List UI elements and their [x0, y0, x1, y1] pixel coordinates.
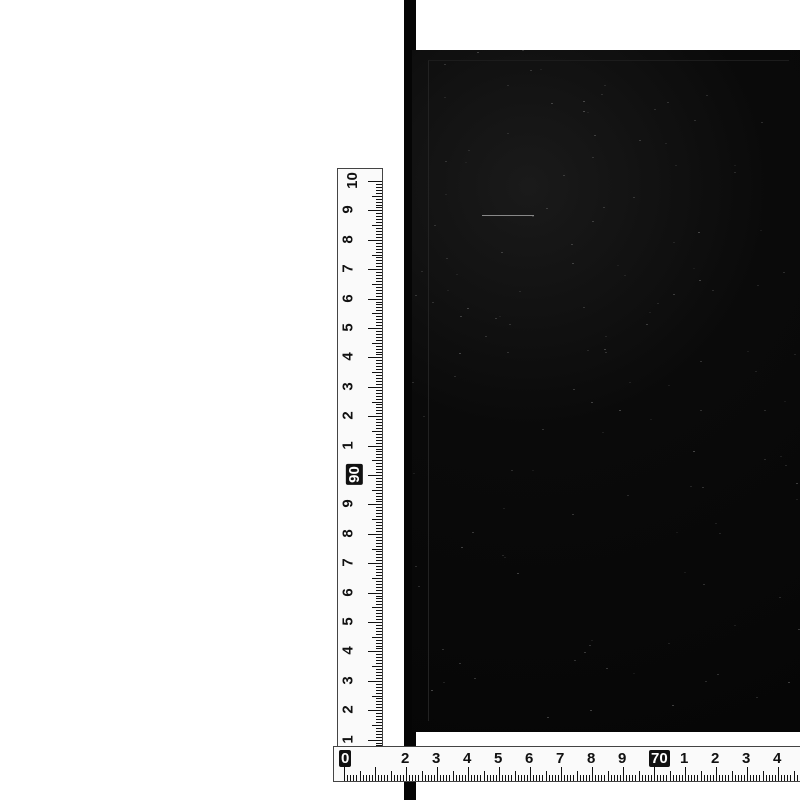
ruler-tick: [775, 775, 776, 781]
ruler-tick: [732, 771, 733, 781]
ruler-tick: [660, 775, 661, 781]
ruler-tick: [376, 331, 382, 332]
ruler-tick: [376, 410, 382, 411]
ruler-tick: [790, 775, 791, 781]
ruler-tick: [611, 775, 612, 781]
ruler-tick: [372, 607, 382, 608]
ruler-tick: [376, 213, 382, 214]
ruler-tick: [425, 775, 426, 781]
ruler-tick: [381, 775, 382, 781]
ruler-tick: [376, 551, 382, 552]
dust-speck: [421, 271, 423, 272]
ruler-tick: [744, 775, 745, 781]
ruler-tick: [353, 775, 354, 781]
ruler-tick: [376, 528, 382, 529]
ruler-tick: [368, 534, 382, 535]
ruler-tick: [376, 366, 382, 367]
ruler-tick: [694, 775, 695, 781]
ruler-tick: [376, 663, 382, 664]
ruler-tick: [372, 196, 382, 197]
ruler-tick: [376, 707, 382, 708]
ruler-tick: [564, 775, 565, 781]
ruler-tick: [639, 771, 640, 781]
ruler-tick: [524, 775, 525, 781]
ruler-tick: [376, 619, 382, 620]
ruler-tick: [728, 775, 729, 781]
ruler-tick: [368, 504, 382, 505]
ruler-tick: [735, 775, 736, 781]
ruler-tick: [725, 775, 726, 781]
ruler-tick: [372, 313, 382, 314]
ruler-tick: [573, 775, 574, 781]
ruler-label: 7: [340, 265, 357, 273]
ruler-tick: [376, 596, 382, 597]
ruler-tick: [376, 302, 382, 303]
ruler-label: 10: [344, 172, 361, 189]
ruler-tick: [577, 771, 578, 781]
ruler-tick: [589, 775, 590, 781]
ruler-tick: [376, 278, 382, 279]
ruler-tick: [406, 767, 407, 781]
ruler-label: 0: [339, 750, 351, 767]
ruler-tick: [376, 604, 382, 605]
ruler-tick: [376, 513, 382, 514]
ruler-tick: [376, 675, 382, 676]
ruler-tick: [376, 569, 382, 570]
ruler-tick: [376, 537, 382, 538]
ruler-tick: [536, 775, 537, 781]
ruler-tick: [710, 775, 711, 781]
ruler-tick: [376, 693, 382, 694]
ruler-tick: [376, 625, 382, 626]
ruler-tick: [368, 299, 382, 300]
ruler-tick: [368, 593, 382, 594]
ruler-tick: [376, 481, 382, 482]
ruler-tick: [465, 775, 466, 781]
ruler-tick: [626, 775, 627, 781]
ruler-tick: [376, 275, 382, 276]
ruler-tick: [344, 767, 345, 781]
ruler-tick: [376, 219, 382, 220]
ruler-tick: [376, 407, 382, 408]
ruler-tick: [376, 687, 382, 688]
ruler-tick: [376, 598, 382, 599]
ruler-tick: [368, 387, 382, 388]
ruler-tick: [456, 775, 457, 781]
ruler-tick: [685, 767, 686, 781]
ruler-tick: [376, 334, 382, 335]
ruler-tick: [376, 263, 382, 264]
ruler-tick: [797, 775, 798, 781]
ruler-tick: [546, 771, 547, 781]
ruler-tick: [376, 199, 382, 200]
ruler-tick: [440, 775, 441, 781]
ruler-tick: [598, 775, 599, 781]
ruler-tick: [376, 413, 382, 414]
ruler-tick: [697, 775, 698, 781]
ruler-tick: [722, 775, 723, 781]
ruler-tick: [368, 563, 382, 564]
ruler-tick: [376, 272, 382, 273]
ruler-tick: [376, 422, 382, 423]
ruler-tick: [663, 775, 664, 781]
ruler-tick: [376, 734, 382, 735]
ruler-tick: [453, 771, 454, 781]
ruler-tick: [651, 775, 652, 781]
ruler-tick: [539, 775, 540, 781]
ruler-tick: [376, 669, 382, 670]
ruler-tick: [369, 775, 370, 781]
ruler-tick: [376, 360, 382, 361]
ruler-tick: [682, 775, 683, 781]
ruler-tick: [376, 369, 382, 370]
ruler-tick: [595, 775, 596, 781]
ruler-tick: [368, 416, 382, 417]
ruler-tick: [716, 767, 717, 781]
ruler-tick: [372, 372, 382, 373]
ruler-tick: [376, 252, 382, 253]
ruler-tick: [759, 775, 760, 781]
ruler-label: 4: [340, 353, 357, 361]
ruler-tick: [376, 472, 382, 473]
ruler-tick: [376, 457, 382, 458]
ruler-tick: [376, 587, 382, 588]
dust-speck: [415, 295, 417, 296]
ruler-tick: [376, 184, 382, 185]
ruler-tick: [645, 775, 646, 781]
ruler-tick: [376, 610, 382, 611]
ruler-tick: [397, 775, 398, 781]
ruler-tick: [487, 775, 488, 781]
ruler-label: 2: [401, 750, 409, 767]
ruler-tick: [376, 493, 382, 494]
ruler-tick: [778, 767, 779, 781]
ruler-tick: [376, 501, 382, 502]
ruler-tick: [376, 216, 382, 217]
ruler-tick: [376, 287, 382, 288]
ruler-tick: [376, 590, 382, 591]
ruler-tick: [368, 740, 382, 741]
ruler-tick: [781, 775, 782, 781]
ruler-tick: [608, 771, 609, 781]
ruler-tick: [376, 643, 382, 644]
ruler-tick: [378, 775, 379, 781]
ruler-tick: [372, 578, 382, 579]
ruler-tick: [376, 546, 382, 547]
ruler-tick: [376, 440, 382, 441]
ruler-tick: [376, 466, 382, 467]
ruler-tick: [376, 722, 382, 723]
ruler-tick: [376, 698, 382, 699]
ruler-tick: [542, 775, 543, 781]
ruler-tick: [366, 775, 367, 781]
ruler-tick: [552, 775, 553, 781]
ruler-tick: [772, 775, 773, 781]
ruler-tick: [449, 775, 450, 781]
ruler-tick: [376, 584, 382, 585]
ruler-tick: [629, 775, 630, 781]
ruler-tick: [376, 648, 382, 649]
ruler-tick: [376, 463, 382, 464]
ruler-tick: [403, 775, 404, 781]
cover-embossed-border: [428, 60, 789, 721]
ruler-tick: [376, 678, 382, 679]
ruler-tick: [376, 437, 382, 438]
ruler-label: 9: [340, 206, 357, 214]
ruler-tick: [376, 202, 382, 203]
ruler-tick: [376, 657, 382, 658]
ruler-label: 3: [742, 750, 750, 767]
ruler-tick: [376, 307, 382, 308]
ruler-tick: [376, 496, 382, 497]
ruler-tick: [376, 554, 382, 555]
ruler-tick: [515, 771, 516, 781]
ruler-tick: [376, 260, 382, 261]
ruler-tick: [620, 775, 621, 781]
ruler-tick: [376, 384, 382, 385]
ruler-label: 1: [680, 750, 688, 767]
ruler-tick: [376, 510, 382, 511]
ruler-tick: [368, 357, 382, 358]
ruler-tick: [376, 443, 382, 444]
ruler-tick: [376, 346, 382, 347]
ruler-tick: [422, 771, 423, 781]
ruler-tick: [701, 771, 702, 781]
ruler-label: 4: [340, 647, 357, 655]
ruler-tick: [376, 231, 382, 232]
ruler-tick: [484, 771, 485, 781]
ruler-tick: [713, 775, 714, 781]
ruler-tick: [376, 190, 382, 191]
ruler-tick: [376, 349, 382, 350]
ruler-tick: [549, 775, 550, 781]
ruler-tick: [376, 654, 382, 655]
ruler-tick: [480, 775, 481, 781]
ruler-tick: [384, 775, 385, 781]
ruler-tick: [787, 775, 788, 781]
ruler-tick: [368, 269, 382, 270]
ruler-tick: [623, 767, 624, 781]
ruler-label: 2: [711, 750, 719, 767]
ruler-tick: [368, 328, 382, 329]
ruler-tick: [376, 296, 382, 297]
ruler-label: 6: [340, 294, 357, 302]
ruler-tick: [347, 775, 348, 781]
ruler-tick: [756, 775, 757, 781]
ruler-tick: [376, 316, 382, 317]
ruler-tick: [376, 310, 382, 311]
ruler-tick: [376, 557, 382, 558]
ruler-tick: [376, 660, 382, 661]
dust-speck: [796, 483, 798, 484]
ruler-label: 9: [340, 500, 357, 508]
ruler-tick: [376, 281, 382, 282]
ruler-tick: [372, 255, 382, 256]
ruler-tick: [368, 622, 382, 623]
ruler-tick: [376, 222, 382, 223]
ruler-tick: [376, 628, 382, 629]
ruler-tick: [654, 767, 655, 781]
ruler-tick: [372, 775, 373, 781]
ruler-tick: [490, 775, 491, 781]
ruler-tick: [376, 719, 382, 720]
ruler-tick: [614, 775, 615, 781]
ruler-tick: [376, 690, 382, 691]
ruler-tick: [376, 634, 382, 635]
ruler-tick: [527, 775, 528, 781]
ruler-tick: [431, 775, 432, 781]
ruler-tick: [493, 775, 494, 781]
ruler-tick: [376, 507, 382, 508]
ruler-label: 90: [346, 464, 363, 485]
ruler-tick: [394, 775, 395, 781]
ruler-tick: [363, 775, 364, 781]
ruler-tick: [376, 237, 382, 238]
ruler-tick: [580, 775, 581, 781]
ruler-tick: [376, 340, 382, 341]
ruler-tick: [372, 402, 382, 403]
ruler-tick: [521, 775, 522, 781]
ruler-tick: [376, 499, 382, 500]
ruler-label: 6: [525, 750, 533, 767]
ruler-label: 3: [432, 750, 440, 767]
ruler-tick: [673, 775, 674, 781]
ruler-tick: [376, 322, 382, 323]
ruler-tick: [766, 775, 767, 781]
ruler-tick: [666, 775, 667, 781]
ruler-tick: [376, 478, 382, 479]
ruler-tick: [376, 613, 382, 614]
ruler-tick: [555, 775, 556, 781]
ruler-tick: [474, 775, 475, 781]
ruler-tick: [376, 484, 382, 485]
ruler-label: 2: [340, 412, 357, 420]
ruler-tick: [502, 775, 503, 781]
ruler-tick: [738, 775, 739, 781]
ruler-tick: [375, 767, 376, 781]
ruler-tick: [376, 304, 382, 305]
ruler-tick: [784, 775, 785, 781]
ruler-label: 8: [587, 750, 595, 767]
ruler-label: 8: [340, 235, 357, 243]
ruler-tick: [434, 775, 435, 781]
dust-speck: [794, 354, 796, 355]
ruler-tick: [459, 775, 460, 781]
ruler-tick: [632, 775, 633, 781]
ruler-tick: [707, 775, 708, 781]
ruler-tick: [648, 775, 649, 781]
dust-speck: [413, 473, 415, 474]
ruler-tick: [372, 637, 382, 638]
ruler-tick: [533, 775, 534, 781]
ruler-tick: [372, 460, 382, 461]
ruler-tick: [376, 434, 382, 435]
ruler-tick: [376, 193, 382, 194]
ruler-tick: [635, 775, 636, 781]
ruler-tick: [376, 293, 382, 294]
ruler-tick: [376, 249, 382, 250]
ruler-tick: [376, 522, 382, 523]
ruler-tick: [376, 390, 382, 391]
ruler-label: 7: [556, 750, 564, 767]
ruler-tick: [418, 775, 419, 781]
ruler-tick: [400, 775, 401, 781]
dust-speck: [477, 52, 479, 53]
ruler-tick: [376, 354, 382, 355]
ruler-tick: [642, 775, 643, 781]
ruler-tick: [376, 451, 382, 452]
ruler-tick: [376, 404, 382, 405]
ruler-label: 3: [340, 382, 357, 390]
ruler-tick: [428, 775, 429, 781]
dust-speck: [796, 499, 798, 500]
ruler-tick: [750, 775, 751, 781]
dust-speck: [415, 566, 417, 567]
dust-speck: [418, 586, 420, 587]
ruler-tick: [657, 775, 658, 781]
ruler-tick: [376, 290, 382, 291]
ruler-tick: [372, 343, 382, 344]
ruler-tick: [376, 381, 382, 382]
ruler-tick: [376, 257, 382, 258]
ruler-tick: [376, 516, 382, 517]
ruler-tick: [376, 572, 382, 573]
ruler-tick: [376, 704, 382, 705]
ruler-tick: [376, 363, 382, 364]
ruler-tick: [376, 187, 382, 188]
ruler-tick: [794, 771, 795, 781]
ruler-tick: [437, 767, 438, 781]
ruler-tick: [691, 775, 692, 781]
vertical-ruler: 01234567899012345678910: [337, 168, 383, 782]
ruler-tick: [496, 775, 497, 781]
ruler-tick: [376, 205, 382, 206]
ruler-tick: [376, 731, 382, 732]
ruler-tick: [376, 566, 382, 567]
ruler-tick: [376, 701, 382, 702]
ruler-tick: [368, 651, 382, 652]
ruler-tick: [763, 771, 764, 781]
ruler-tick: [676, 775, 677, 781]
ruler-tick: [376, 234, 382, 235]
ruler-tick: [477, 775, 478, 781]
ruler-tick: [376, 266, 382, 267]
ruler-tick: [372, 696, 382, 697]
ruler-tick: [558, 775, 559, 781]
ruler-tick: [376, 228, 382, 229]
ruler-label: 4: [463, 750, 471, 767]
ruler-tick: [360, 771, 361, 781]
ruler-tick: [505, 775, 506, 781]
ruler-label: 5: [494, 750, 502, 767]
ruler-tick: [376, 375, 382, 376]
ruler-tick: [586, 775, 587, 781]
ruler-tick: [372, 519, 382, 520]
ruler-tick: [376, 319, 382, 320]
ruler-tick: [368, 710, 382, 711]
ruler-tick: [376, 646, 382, 647]
ruler-tick: [499, 767, 500, 781]
ruler-tick: [561, 767, 562, 781]
ruler-tick: [350, 775, 351, 781]
ruler-tick: [747, 767, 748, 781]
horizontal-ruler: 0234567897012345: [333, 746, 800, 782]
ruler-tick: [592, 767, 593, 781]
ruler-tick: [368, 210, 382, 211]
ruler-tick: [376, 454, 382, 455]
ruler-tick: [462, 775, 463, 781]
ruler-tick: [368, 446, 382, 447]
